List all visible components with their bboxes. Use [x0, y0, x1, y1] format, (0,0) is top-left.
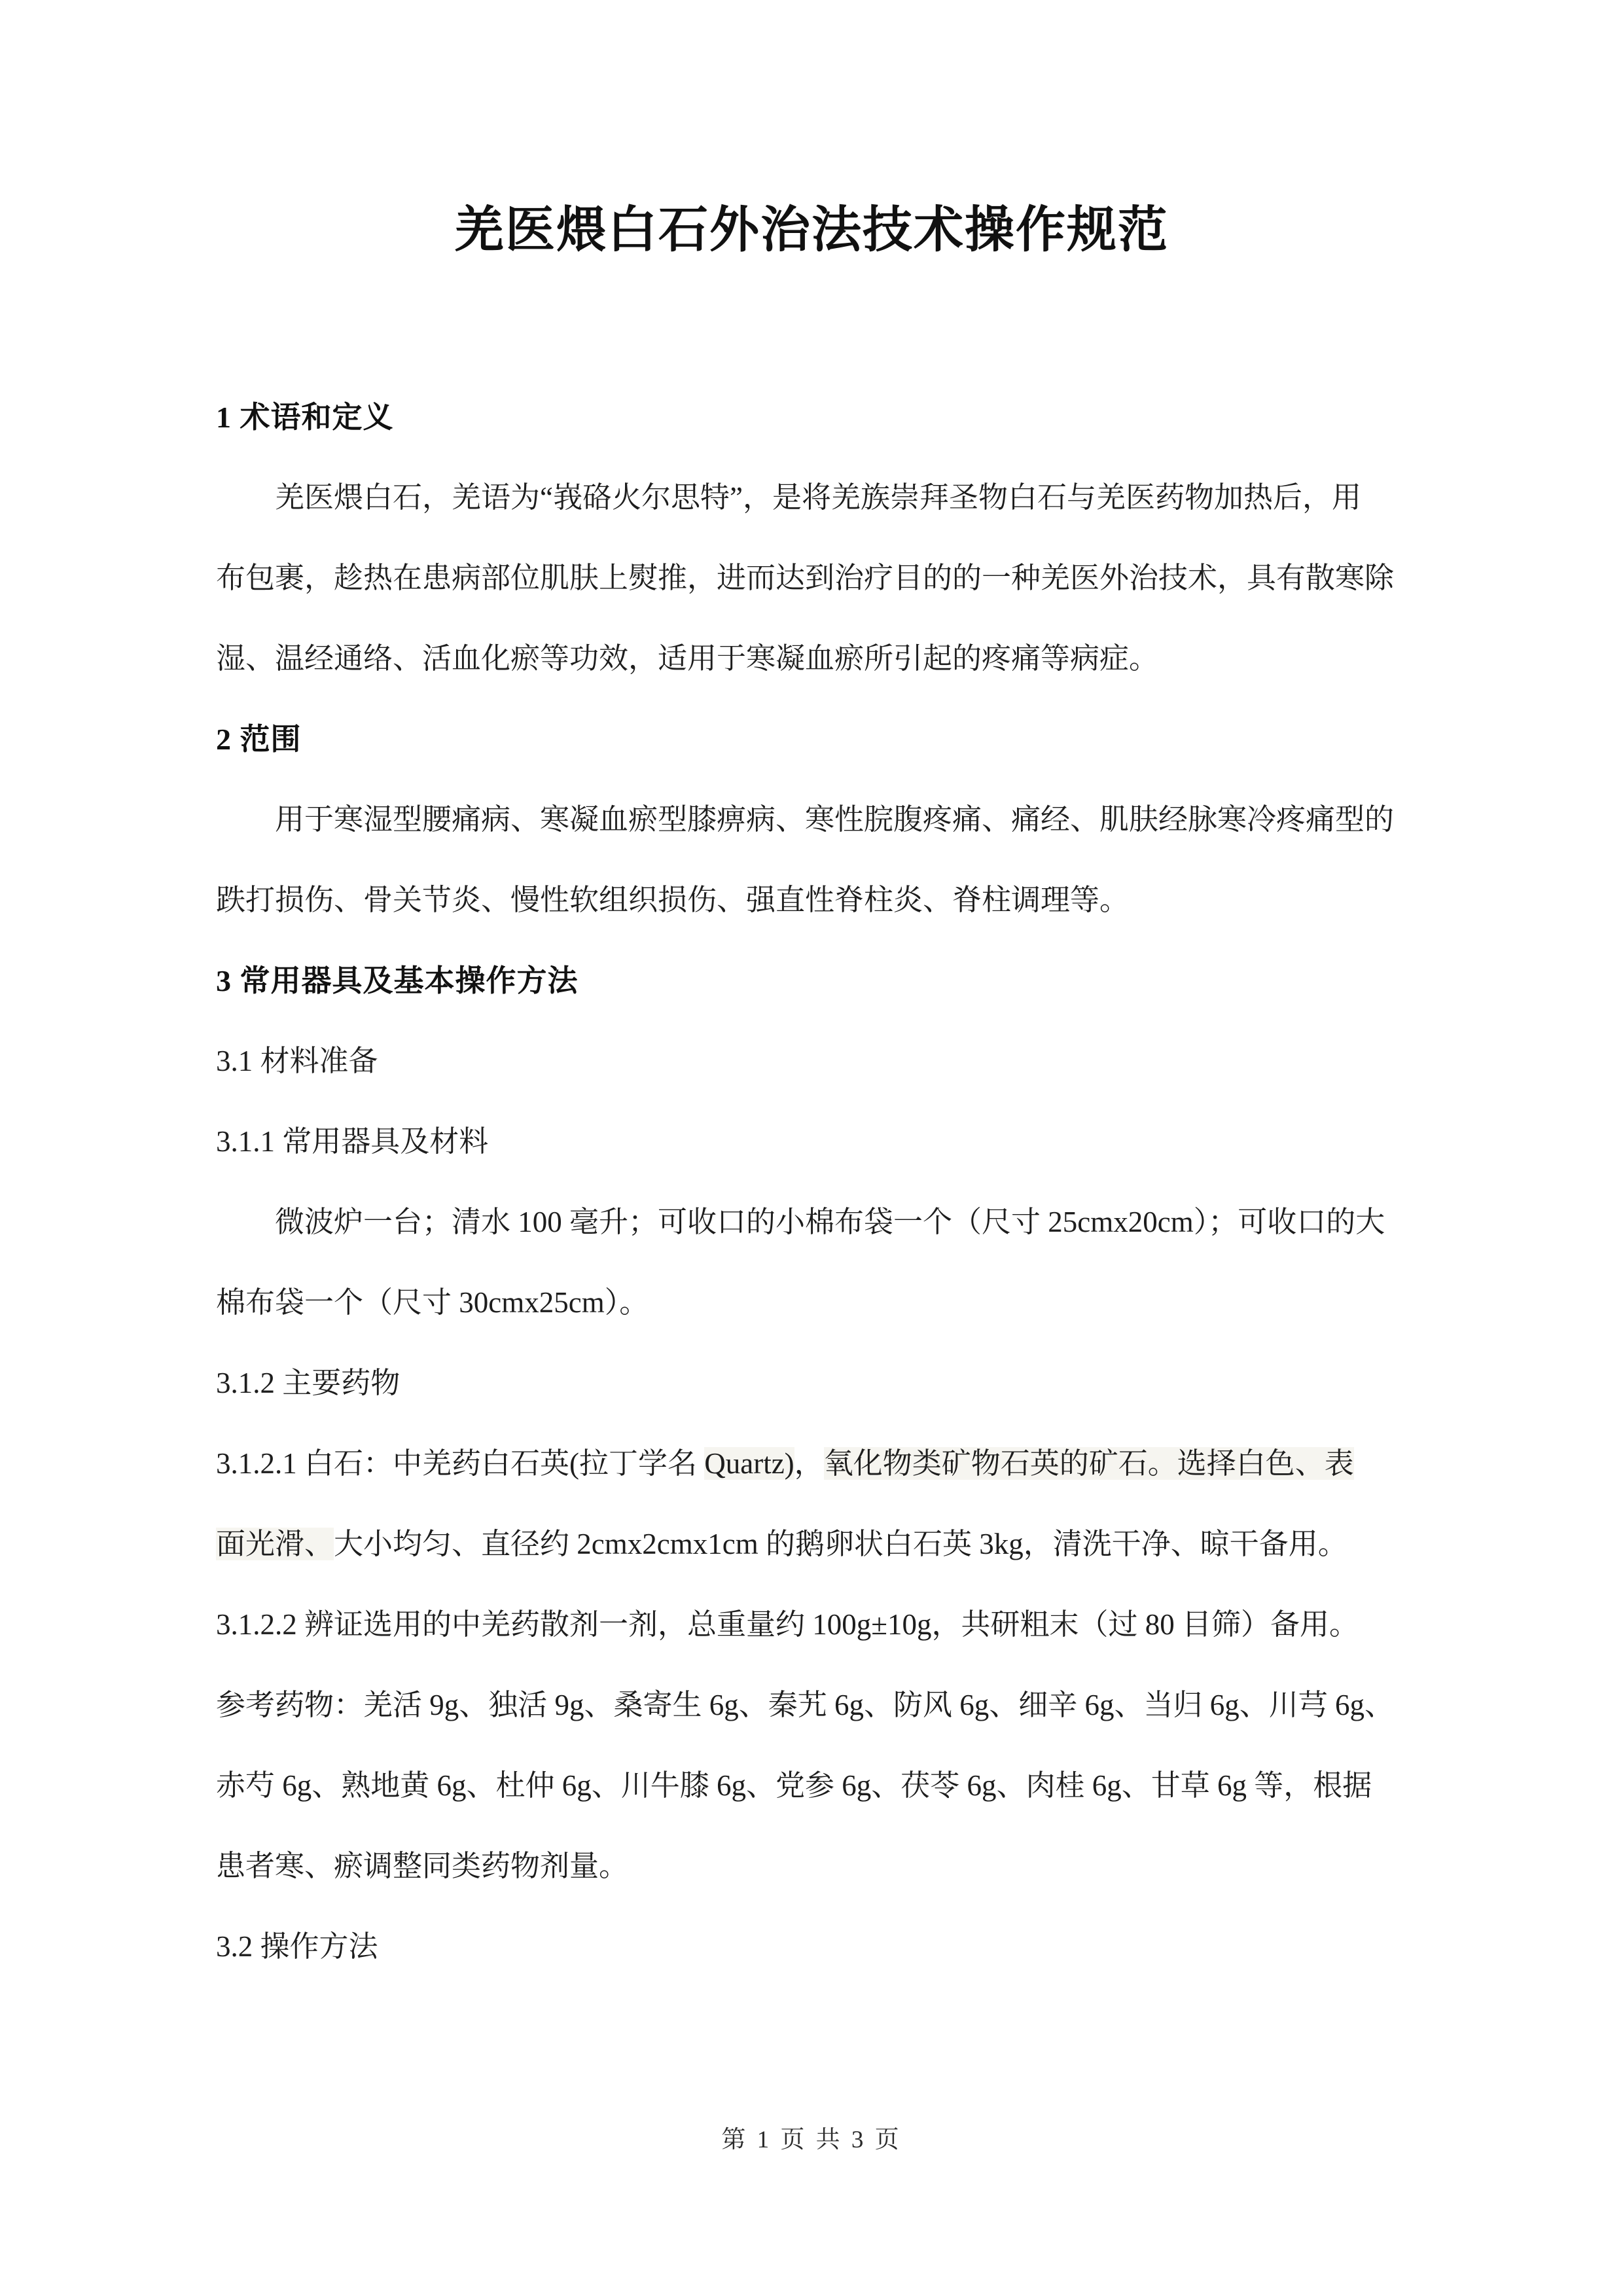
paragraph-line: 3.1.2.2 辨证选用的中羌药散剂一剂，总重量约 100g±10g，共研粗末（…: [216, 1585, 1410, 1665]
subsection-heading-operation: 3.2 操作方法: [216, 1907, 1410, 1987]
paragraph-line: 用于寒湿型腰痛病、寒凝血瘀型膝痹病、寒性脘腹疼痛、痛经、肌肤经脉寒冷疼痛型的: [216, 780, 1410, 860]
paragraph-line: 面光滑、大小均匀、直径约 2cmx2cmx1cm 的鹅卵状白石英 3kg，清洗干…: [216, 1504, 1410, 1585]
paragraph-line: 参考药物：羌活 9g、独活 9g、桑寄生 6g、秦艽 6g、防风 6g、细辛 6…: [216, 1665, 1410, 1746]
paragraph-line: 微波炉一台；清水 100 毫升；可收口的小棉布袋一个（尺寸 25cmx20cm）…: [216, 1182, 1410, 1263]
highlighted-text-segment: 面光滑、: [216, 1528, 334, 1560]
paragraph-line: 患者寒、瘀调整同类药物剂量。: [216, 1826, 1410, 1907]
subsection-heading-tools: 3.1.1 常用器具及材料: [216, 1102, 1410, 1182]
paragraph-line: 赤芍 6g、熟地黄 6g、杜仲 6g、川牛膝 6g、党参 6g、茯苓 6g、肉桂…: [216, 1746, 1410, 1826]
highlighted-text-segment: 氧化物类矿物石英的矿石。选择白色、表: [824, 1447, 1354, 1480]
text-segment: ，: [794, 1447, 824, 1480]
section-heading-tools-methods: 3 常用器具及基本操作方法: [216, 941, 1410, 1021]
text-segment: 3.1.2.1 白石：中羌药白石英(拉丁学名: [216, 1447, 704, 1480]
document-title: 羌医煨白石外治法技术操作规范: [0, 191, 1623, 270]
document-page: 羌医煨白石外治法技术操作规范 1 术语和定义 羌医煨白石，羌语为“峩硌火尔思特”…: [0, 0, 1623, 2296]
section-heading-terms: 1 术语和定义: [216, 377, 1410, 457]
paragraph-line: 羌医煨白石，羌语为“峩硌火尔思特”，是将羌族崇拜圣物白石与羌医药物加热后，用: [216, 457, 1410, 538]
paragraph-line: 棉布袋一个（尺寸 30cmx25cm）。: [216, 1263, 1410, 1343]
subsection-heading-materials: 3.1 材料准备: [216, 1021, 1410, 1102]
paragraph-line: 布包裹，趁热在患病部位肌肤上熨推，进而达到治疗目的的一种羌医外治技术，具有散寒除: [216, 538, 1410, 619]
section-heading-scope: 2 范围: [216, 699, 1410, 780]
paragraph-line: 3.1.2.1 白石：中羌药白石英(拉丁学名 Quartz)，氧化物类矿物石英的…: [216, 1424, 1410, 1504]
subsection-heading-drugs: 3.1.2 主要药物: [216, 1343, 1410, 1424]
page-footer: 第 1 页 共 3 页: [0, 2119, 1623, 2155]
highlighted-text-segment: Quartz): [704, 1447, 794, 1480]
text-segment: 大小均匀、直径约 2cmx2cmx1cm 的鹅卵状白石英 3kg，清洗干净、晾干…: [334, 1528, 1347, 1560]
paragraph-line: 跌打损伤、骨关节炎、慢性软组织损伤、强直性脊柱炎、脊柱调理等。: [216, 860, 1410, 941]
paragraph-line: 湿、温经通络、活血化瘀等功效，适用于寒凝血瘀所引起的疼痛等病症。: [216, 619, 1410, 699]
